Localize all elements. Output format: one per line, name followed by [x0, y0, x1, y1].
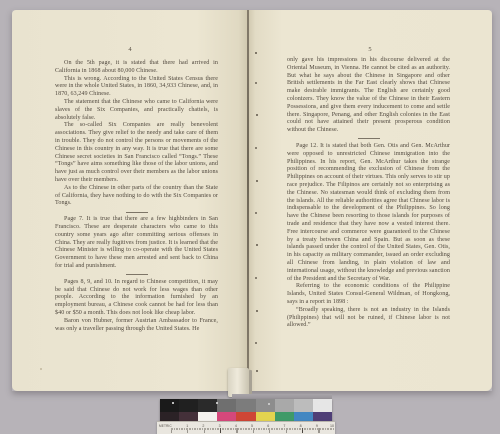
ruler-numbers: METRIC 12345678910: [157, 422, 335, 428]
paragraph: The statement that the Chinese who came …: [55, 99, 218, 122]
paragraph: The so-called Six Companies are really b…: [55, 122, 218, 184]
book-spread: 4 On the 5th page, it is stated that the…: [12, 10, 492, 391]
registration-dots: [172, 402, 174, 404]
foxing-speck: [40, 368, 42, 370]
section-divider: [358, 138, 380, 139]
paragraph: Page 7. It is true that there are a few …: [55, 216, 218, 271]
paragraph: Pages 8, 9, and 10. In regard to Chinese…: [55, 279, 218, 318]
foxing-speck: [448, 310, 449, 311]
right-page: 5 only gave his impressions in his disco…: [248, 10, 492, 391]
section-divider: [126, 274, 148, 275]
grayscale-patch: [313, 399, 332, 412]
grayscale-patch: [256, 399, 275, 412]
grayscale-patch: [198, 399, 217, 412]
ruler-cm-number: 9: [303, 424, 319, 428]
spine-thread: [249, 370, 252, 396]
ruler-cm-number: 5: [238, 424, 254, 428]
ruler-cm-number: 6: [254, 424, 270, 428]
metric-ruler: METRIC 12345678910: [157, 421, 335, 434]
left-page-text: On the 5th page, it is stated that there…: [55, 60, 218, 333]
ruler-ticks: [171, 428, 335, 434]
ruler-label: METRIC: [157, 424, 173, 428]
paragraph: As to the Chinese in other parts of the …: [55, 185, 218, 208]
grayscale-strip: [160, 399, 332, 412]
ruler-cm-number: 7: [270, 424, 286, 428]
ruler-cm-number: 3: [205, 424, 221, 428]
paragraph: only gave his impressions in his discour…: [287, 57, 450, 135]
grayscale-patch: [275, 399, 294, 412]
paragraph: Referring to the economic conditions of …: [287, 283, 450, 306]
color-calibration-target: [160, 399, 332, 423]
grayscale-patch: [217, 399, 236, 412]
grayscale-patch: [294, 399, 313, 412]
left-page: 4 On the 5th page, it is stated that the…: [12, 10, 248, 391]
right-page-number: 5: [248, 46, 492, 53]
ruler-cm-number: 2: [189, 424, 205, 428]
block-quote: “Broadly speaking, there is not an indus…: [287, 307, 450, 330]
grayscale-patch: [179, 399, 198, 412]
grayscale-patch: [160, 399, 179, 412]
grayscale-patch: [236, 399, 255, 412]
spine-tail: [228, 368, 249, 397]
paragraph: On the 5th page, it is stated that there…: [55, 60, 218, 76]
ruler-cm-number: 8: [286, 424, 302, 428]
ruler-cm-number: 10: [319, 424, 335, 428]
book-gutter: [247, 10, 249, 391]
paragraph: Baron von Hubner, former Austrian Ambass…: [55, 318, 218, 334]
right-page-text: only gave his impressions in his discour…: [287, 57, 450, 330]
ruler-cm-number: 1: [173, 424, 189, 428]
binding-stitches: [255, 52, 257, 54]
paragraph: This is wrong. According to the United S…: [55, 76, 218, 99]
left-page-number: 4: [12, 46, 248, 53]
paragraph: Page 12. It is stated that both Gen. Oti…: [287, 143, 450, 283]
section-divider: [126, 212, 148, 213]
ruler-cm-number: 4: [222, 424, 238, 428]
